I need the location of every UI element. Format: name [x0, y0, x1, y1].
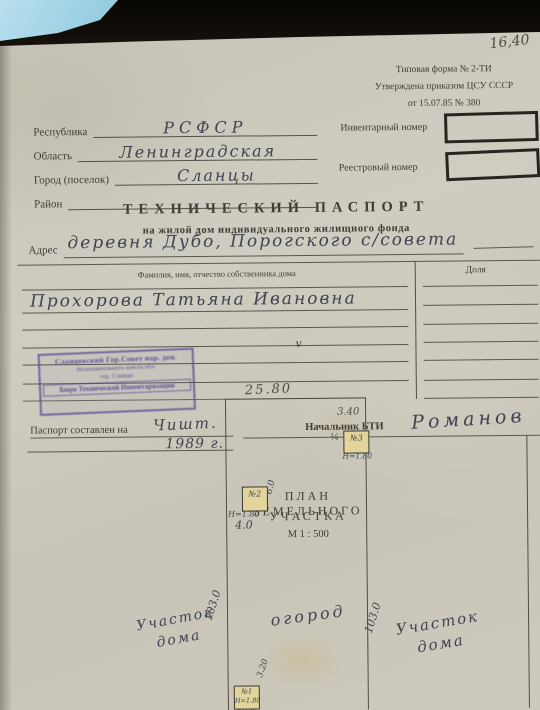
building3-number: №3	[344, 433, 368, 442]
field-oblast: Область Ленинградская	[33, 140, 317, 163]
document-title: ТЕХНИЧЕСКИЙ ПАСПОРТ	[16, 198, 536, 220]
building2-number: №2	[243, 489, 267, 498]
field-republic-value: РСФСР	[163, 118, 247, 138]
building3-dimension: 3.40	[337, 406, 359, 417]
inventory-number-box	[444, 111, 539, 144]
handwritten-page-note: 16,40	[489, 32, 531, 52]
form-type-line: Типовая форма № 2-ТИ	[352, 61, 536, 80]
field-city-value: Сланцы	[177, 165, 256, 185]
plot-label-right: Участок дома	[384, 604, 494, 663]
scanned-technical-passport-photo: 16,40 Типовая форма № 2-ТИ Утверждена пр…	[0, 0, 540, 710]
bti-chief-signature: Романов	[411, 405, 526, 434]
field-oblast-label: Область	[34, 150, 78, 162]
field-city: Город (поселок) Сланцы	[34, 164, 318, 187]
owner-name-value: Прохорова Татьяна Ивановна	[30, 288, 357, 311]
form-approval-block: Типовая форма № 2-ТИ Утверждена приказом…	[352, 61, 536, 114]
building3-box: №3	[343, 430, 369, 453]
owner-name-column-header: Фамилия, имя, отчество собственника дома	[22, 267, 412, 281]
building1-side-dimension: 3.20	[255, 658, 271, 679]
inventory-number-label: Инвентарный номер	[340, 122, 427, 134]
registry-number-box	[445, 148, 540, 181]
building1-number: №1	[235, 687, 259, 696]
address-value: деревня Дубо, Порогского с/совета	[67, 229, 477, 253]
field-oblast-value: Ленинградская	[119, 141, 276, 162]
field-republic-label: Республика	[33, 126, 93, 139]
building1-box: №1 Н=1.80	[234, 685, 260, 709]
plan-scale: М 1 : 500	[232, 528, 384, 540]
compiled-on-value: Чишт.	[153, 414, 218, 435]
building1-height: Н=1.80	[235, 696, 259, 705]
address-label: Адрес	[28, 244, 57, 256]
bti-ink-stamp: Сланцевский Гор.Совет нар. деп. Исполнит…	[38, 348, 196, 416]
plot-label-left: Участок дома	[128, 601, 226, 657]
share-column-header: Доля	[416, 265, 536, 276]
document-page: 16,40 Типовая форма № 2-ТИ Утверждена пр…	[0, 0, 540, 710]
field-city-label: Город (поселок)	[34, 174, 115, 187]
plot-label-garden: огород	[262, 600, 354, 631]
field-republic: Республика РСФСР	[33, 116, 317, 139]
plot-middle-dimension: 103.0	[362, 601, 384, 635]
compiled-on-label: Паспорт составлен на	[30, 425, 128, 437]
building2-box: №2	[242, 486, 268, 511]
registry-number-label: Реестровый номер	[339, 162, 418, 174]
document-content: 16,40 Типовая форма № 2-ТИ Утверждена пр…	[0, 0, 540, 710]
form-approved-line: Утверждена приказом ЦСУ СССР	[352, 78, 536, 97]
plan-top-dimension: 25.80	[245, 381, 293, 398]
building3-mark: ¼	[330, 433, 339, 443]
page-left-edge-shadow	[0, 42, 12, 710]
handwritten-check-mark: v	[295, 337, 301, 350]
